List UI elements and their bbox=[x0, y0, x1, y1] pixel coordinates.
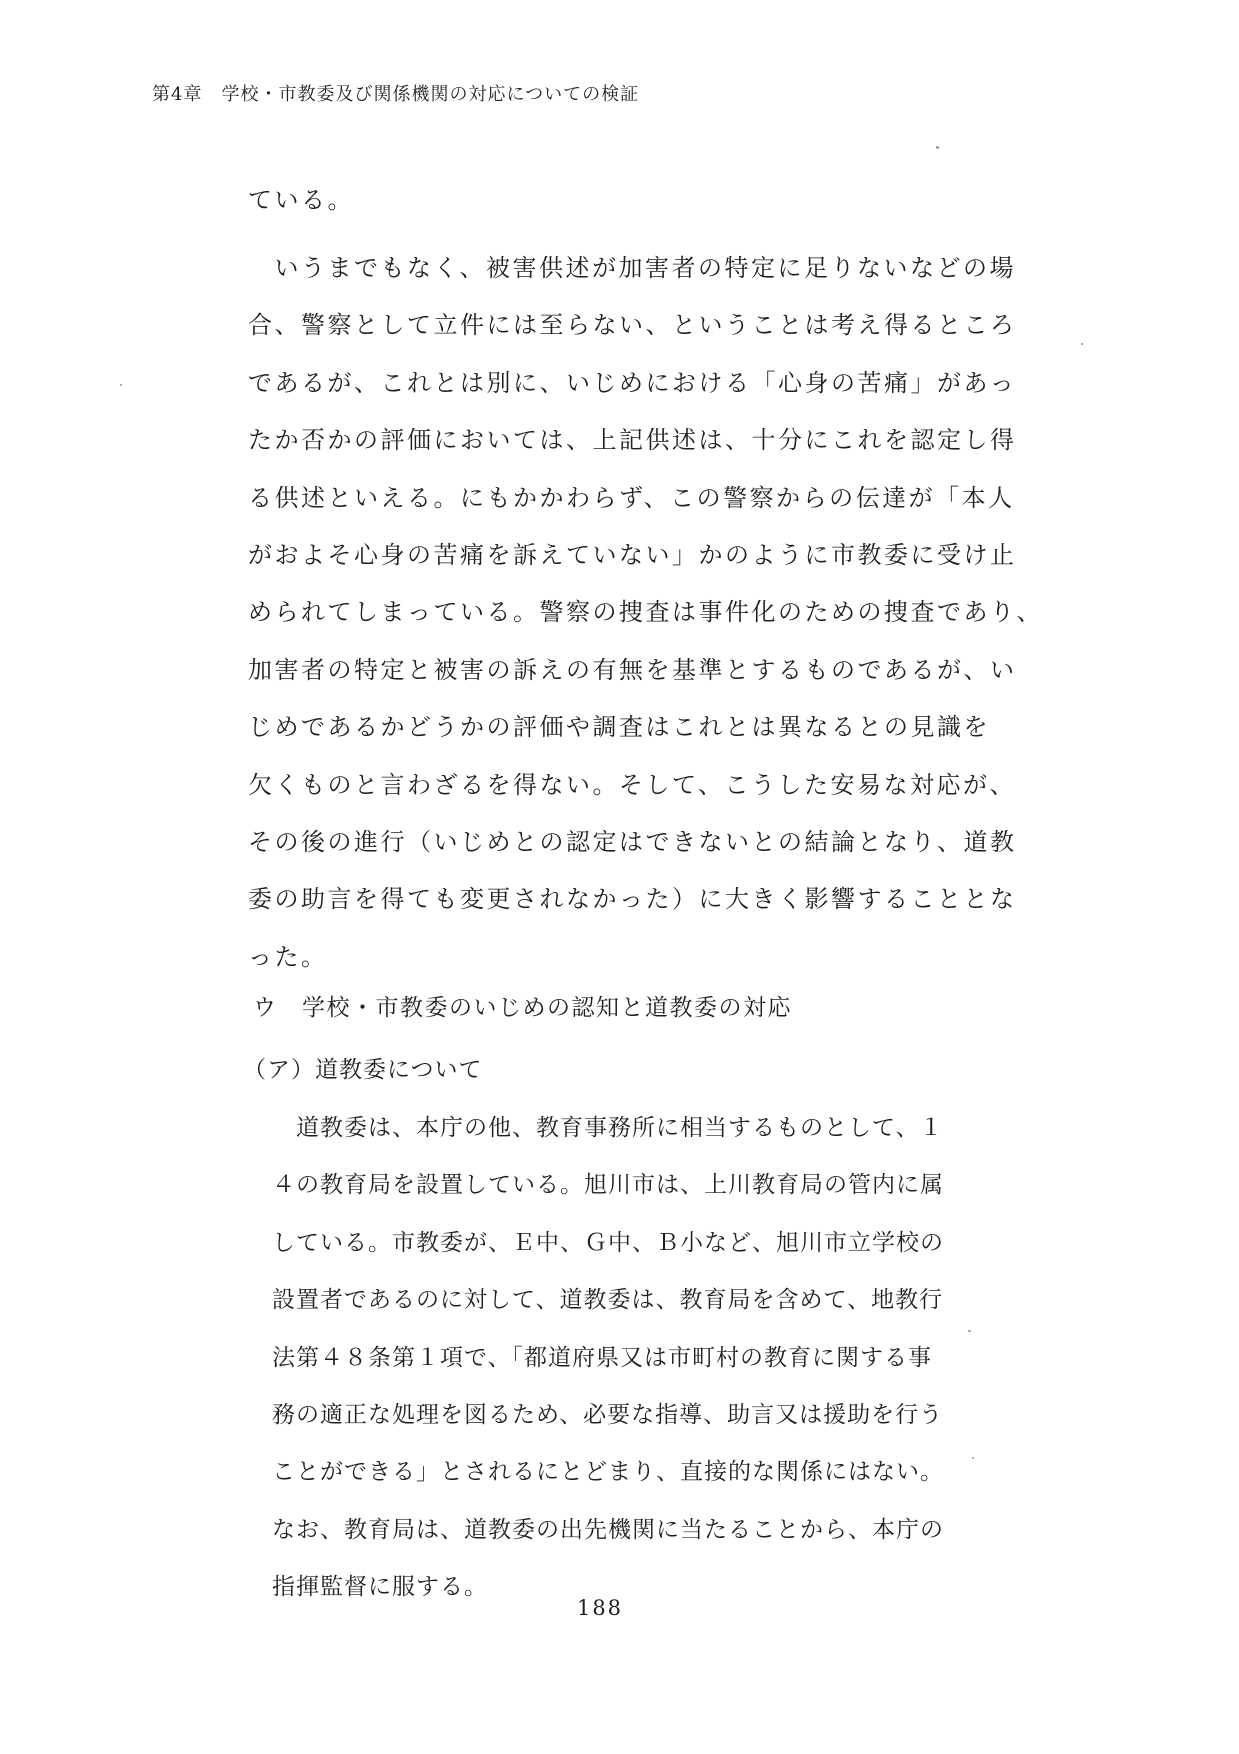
text-line: じめであるかどうかの評価や調査はこれとは異なるとの見識を bbox=[248, 699, 1038, 756]
scan-speck bbox=[1081, 343, 1083, 345]
text-line: している。市教委が、Ｅ中、Ｇ中、Ｂ小など、旭川市立学校の bbox=[272, 1215, 972, 1272]
text-line: 法第４８条第１項で、「都道府県又は市町村の教育に関する事 bbox=[272, 1330, 972, 1387]
text-line: 委の助言を得ても変更されなかった）に大きく影響することとな bbox=[248, 871, 1038, 928]
page-number: 188 bbox=[0, 1596, 1200, 1620]
text-line: る供述といえる。にもかかわらず、この警察からの伝達が「本人 bbox=[248, 470, 1038, 527]
text-line: なお、教育局は、道教委の出先機関に当たることから、本庁の bbox=[272, 1502, 972, 1559]
text-line: 欠くものと言わざるを得ない。そして、こうした安易な対応が、 bbox=[248, 757, 1038, 814]
scan-speck bbox=[972, 1457, 974, 1459]
text-line: められてしまっている。警察の捜査は事件化のための捜査であり、 bbox=[248, 584, 1038, 641]
text-line: 道教委は、本庁の他、教育事務所に相当するものとして、１ bbox=[272, 1100, 972, 1157]
section-heading-u: ウ 学校・市教委のいじめの認知と道教委の対応 bbox=[253, 989, 792, 1022]
scan-speck bbox=[968, 1330, 971, 1332]
text-line: 務の適正な処理を図るため、必要な指導、助言又は援助を行う bbox=[272, 1387, 972, 1444]
text-line: たか否かの評価においては、上記供述は、十分にこれを認定し得 bbox=[248, 412, 1038, 469]
paragraph-police-statement: いうまでもなく、被害供述が加害者の特定に足りないなどの場合、警察として立件には至… bbox=[248, 240, 1038, 986]
scan-speck bbox=[936, 146, 939, 149]
paragraph-continuation: ている。 bbox=[248, 172, 1038, 229]
text-line: 加害者の特定と被害の訴えの有無を基準とするものであるが、い bbox=[248, 642, 1038, 699]
text-line: ている。 bbox=[248, 172, 1038, 229]
chapter-header: 第4章 学校・市教委及び関係機関の対応についての検証 bbox=[152, 80, 639, 106]
text-line: であるが、これとは別に、いじめにおける「心身の苦痛」があっ bbox=[248, 355, 1038, 412]
text-line: 合、警察として立件には至らない、ということは考え得るところ bbox=[248, 297, 1038, 354]
subsection-heading-a: （ア）道教委について bbox=[243, 1051, 483, 1084]
text-line: った。 bbox=[248, 929, 1038, 986]
scanned-document-page: 第4章 学校・市教委及び関係機関の対応についての検証 ている。 いうまでもなく、… bbox=[0, 0, 1239, 1754]
text-line: その後の進行（いじめとの認定はできないとの結論となり、道教 bbox=[248, 814, 1038, 871]
text-line: がおよそ心身の苦痛を訴えていない」かのように市教委に受け止 bbox=[248, 527, 1038, 584]
scan-speck bbox=[120, 384, 122, 386]
paragraph-doukyoui: 道教委は、本庁の他、教育事務所に相当するものとして、１４の教育局を設置している。… bbox=[272, 1100, 972, 1617]
text-line: いうまでもなく、被害供述が加害者の特定に足りないなどの場 bbox=[248, 240, 1038, 297]
text-line: 設置者であるのに対して、道教委は、教育局を含めて、地教行 bbox=[272, 1272, 972, 1329]
text-line: ことができる」とされるにとどまり、直接的な関係にはない。 bbox=[272, 1444, 972, 1501]
text-line: ４の教育局を設置している。旭川市は、上川教育局の管内に属 bbox=[272, 1157, 972, 1214]
